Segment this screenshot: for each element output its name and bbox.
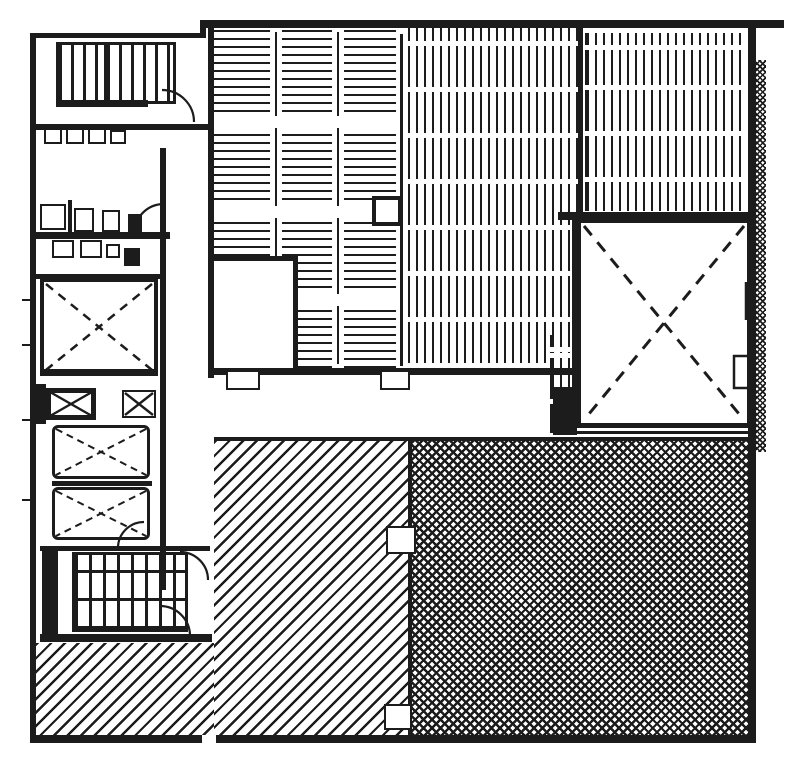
duct-x-box xyxy=(122,390,156,418)
stair-sw-wall-blob xyxy=(42,550,58,636)
wall-hall-nc-ne-divider xyxy=(578,28,583,218)
stair-nw-treads xyxy=(56,42,176,104)
stack-aisle-line xyxy=(337,32,339,364)
wall-top-step xyxy=(200,20,206,36)
washroom-fixture xyxy=(52,240,74,258)
locker-fixture xyxy=(44,128,62,144)
wall-shaft-ne-top xyxy=(558,212,754,220)
locker-fixture xyxy=(110,130,126,144)
wall-corridor-east xyxy=(208,28,214,378)
region-hall-nc-vertical-hatch xyxy=(408,28,578,368)
wall-top-main xyxy=(200,20,784,28)
bottom-wall-notch xyxy=(202,735,216,743)
stair-nw-landing-wall xyxy=(56,100,148,107)
washroom-fixture xyxy=(74,208,94,232)
column-tab xyxy=(226,370,260,390)
column-square xyxy=(372,196,402,226)
wall-stair-sw-top xyxy=(40,546,210,551)
wall-elevator-separator xyxy=(52,481,152,486)
washroom-dark-fixture xyxy=(124,248,140,266)
wall-hall-nc-bottom xyxy=(398,368,578,375)
elevator-1-x-box xyxy=(52,425,150,479)
stack-row-break xyxy=(214,116,396,128)
scan-tick-marks xyxy=(22,300,30,500)
wall-washroom-2 xyxy=(30,274,162,279)
locker-fixture xyxy=(66,128,84,144)
stair-sw-treads xyxy=(72,552,188,632)
wall-top-left-block xyxy=(30,33,206,38)
region-sw-diagonal-hatch-lower xyxy=(36,643,214,735)
wall-shaft-ne-bottom-2 xyxy=(562,431,754,434)
column-tab xyxy=(384,704,412,730)
column-tab xyxy=(386,526,416,554)
subroom-nw-hall xyxy=(214,256,298,368)
wall-stair-sw-bottom xyxy=(40,634,212,642)
wall-corridor-end-jog xyxy=(553,387,577,435)
wall-bottom xyxy=(30,735,754,743)
wall-right xyxy=(748,20,756,743)
locker-fixture xyxy=(88,128,106,144)
region-hall-ne-vertical-hatch xyxy=(583,33,745,211)
stack-row-break xyxy=(214,206,396,218)
wall-left xyxy=(30,33,36,743)
washroom-dark-fixture xyxy=(128,214,142,232)
washroom-fixture xyxy=(106,244,120,258)
region-sw-diagonal-hatch xyxy=(214,437,408,735)
shaft-ne-x-box xyxy=(578,220,750,426)
wall-core-east xyxy=(160,148,166,590)
washroom-fixture xyxy=(80,240,102,258)
wall-washroom-1 xyxy=(30,232,170,239)
stair-nw-stringer xyxy=(104,42,109,104)
floor-plan-canvas xyxy=(0,0,787,773)
washroom-partition xyxy=(68,200,72,234)
washroom-fixture xyxy=(102,210,120,232)
column-tab xyxy=(380,370,410,390)
washroom-fixture xyxy=(40,204,66,230)
shaft-west-x-box xyxy=(40,278,158,376)
region-se-crosshatch xyxy=(408,437,752,735)
elevator-2-x-box xyxy=(52,487,150,540)
wall-shaft-ne-bottom-1 xyxy=(562,424,754,428)
wall-stair-nw-bottom xyxy=(30,124,208,130)
duct-x-box-heavy xyxy=(46,388,96,420)
